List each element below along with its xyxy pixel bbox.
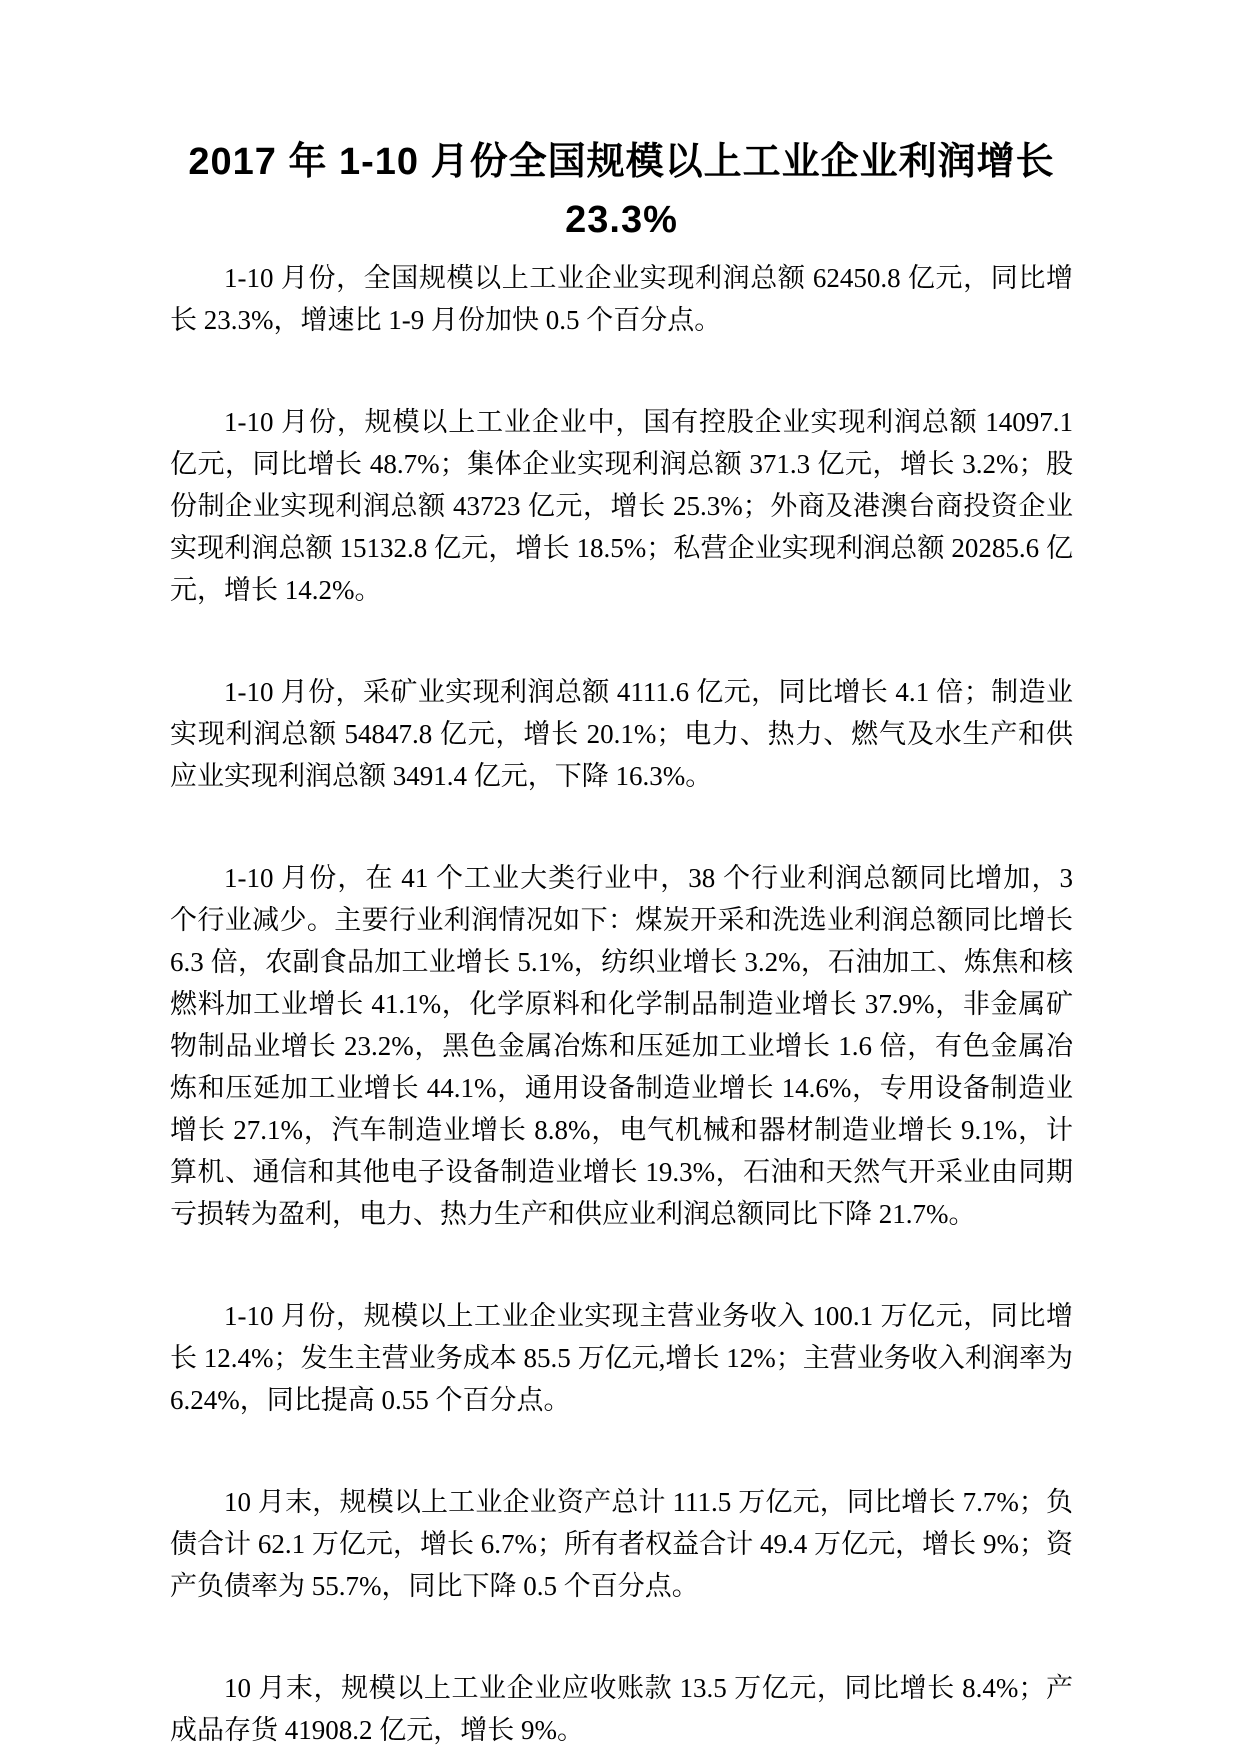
paragraph-sectors: 1-10 月份，采矿业实现利润总额 4111.6 亿元，同比增长 4.1 倍；制… <box>170 671 1073 797</box>
paragraph-receivables-inventory: 10 月末，规模以上工业企业应收账款 13.5 万亿元，同比增长 8.4%；产成… <box>170 1667 1073 1751</box>
paragraph-assets-liabilities: 10 月末，规模以上工业企业资产总计 111.5 万亿元，同比增长 7.7%；负… <box>170 1481 1073 1607</box>
document-title: 2017 年 1-10 月份全国规模以上工业企业利润增长 23.3% <box>170 133 1073 249</box>
paragraph-revenue-costs: 1-10 月份，规模以上工业企业实现主营业务收入 100.1 万亿元，同比增长 … <box>170 1295 1073 1421</box>
paragraph-ownership-types: 1-10 月份，规模以上工业企业中，国有控股企业实现利润总额 14097.1 亿… <box>170 401 1073 611</box>
document-page: 2017 年 1-10 月份全国规模以上工业企业利润增长 23.3% 1-10 … <box>0 0 1241 1754</box>
paragraph-industry-breakdown: 1-10 月份，在 41 个工业大类行业中，38 个行业利润总额同比增加，3 个… <box>170 857 1073 1235</box>
paragraph-total-profit: 1-10 月份，全国规模以上工业企业实现利润总额 62450.8 亿元，同比增长… <box>170 257 1073 341</box>
